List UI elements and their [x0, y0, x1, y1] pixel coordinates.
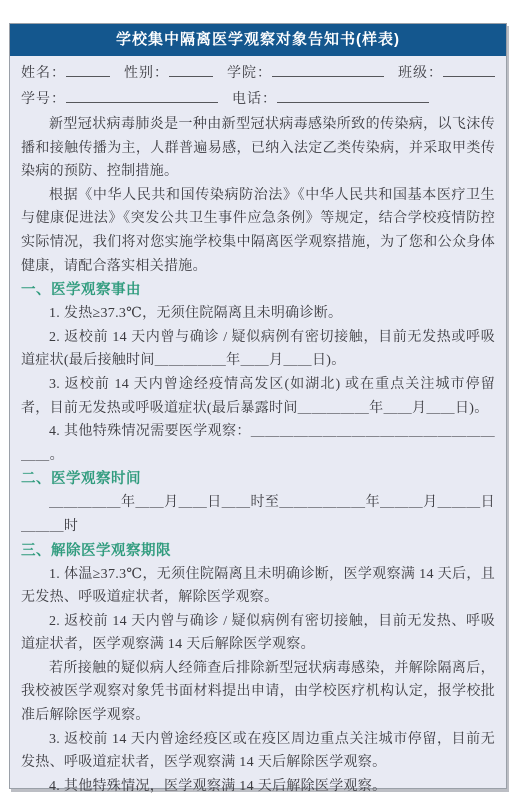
section2-date-line: ＿＿＿＿＿年＿＿月＿＿日＿＿时至＿＿＿＿＿＿年＿＿＿月＿＿＿日＿＿＿时	[21, 491, 495, 538]
section3-item-4: 4. 其他特殊情况，医学观察满 14 天后解除医学观察。	[21, 775, 495, 799]
section1-item-4: 4. 其他特殊情况需要医学观察：＿＿＿＿＿＿＿＿＿＿＿＿＿＿＿＿＿＿＿。	[21, 420, 495, 467]
section1-item-2: 2. 返校前 14 天内曾与确诊 / 疑似病例有密切接触，目前无发热或呼吸道症状…	[21, 326, 495, 373]
field-college: 学院：	[227, 61, 384, 87]
field-phone: 电话：	[232, 87, 429, 113]
section1-item-3: 3. 返校前 14 天内曾途经疫情高发区(如湖北) 或在重点关注城市停留者，目前…	[21, 373, 495, 420]
field-gender-blank	[169, 62, 213, 77]
section3-item-1: 1. 体温≥37.3℃，无须住院隔离且未明确诊断，医学观察满 14 天后，且无发…	[21, 563, 495, 610]
field-phone-blank	[277, 88, 429, 103]
section-heading-release-term: 三、解除医学观察期限	[21, 539, 495, 563]
intro-paragraph-1: 新型冠状病毒肺炎是一种由新型冠状病毒感染所致的传染病，以飞沫传播和接触传播为主，…	[21, 113, 495, 184]
field-student-id-label: 学号：	[21, 87, 66, 113]
field-name-blank	[66, 62, 110, 77]
section3-item-2: 2. 返校前 14 天内曾与确诊 / 疑似病例有密切接触，目前无发热、呼吸道症状…	[21, 610, 495, 657]
field-student-id: 学号：	[21, 87, 218, 113]
form-row-identity: 姓名： 性别： 学院： 班级：	[21, 61, 495, 87]
document-title-bar: 学校集中隔离医学观察对象告知书(样表)	[10, 24, 506, 56]
form-row-contact: 学号： 电话：	[21, 87, 495, 113]
field-college-label: 学院：	[227, 61, 272, 87]
document-body: 姓名： 性别： 学院： 班级： 学号：	[10, 56, 506, 798]
section3-item-3: 3. 返校前 14 天内曾途经疫区或在疫区周边重点关注城市停留，目前无发热、呼吸…	[21, 728, 495, 775]
document-title: 学校集中隔离医学观察对象告知书(样表)	[116, 31, 400, 48]
section-heading-observation-time: 二、医学观察时间	[21, 467, 495, 491]
field-class-label: 班级：	[398, 61, 443, 87]
field-gender: 性别：	[124, 61, 213, 87]
document-page: 学校集中隔离医学观察对象告知书(样表) 姓名： 性别： 学院： 班级：	[0, 0, 516, 800]
field-college-blank	[272, 62, 384, 77]
section3-note-paragraph: 若所接触的疑似病人经筛查后排除新型冠状病毒感染，并解除隔离后，我校被医学观察对象…	[21, 657, 495, 728]
section-heading-observation-reason: 一、医学观察事由	[21, 278, 495, 302]
field-name: 姓名：	[21, 61, 110, 87]
field-name-label: 姓名：	[21, 61, 66, 87]
section1-item-1: 1. 发热≥37.3℃，无须住院隔离且未明确诊断。	[21, 302, 495, 326]
field-student-id-blank	[66, 88, 218, 103]
field-class: 班级：	[398, 61, 495, 87]
intro-paragraph-2: 根据《中华人民共和国传染病防治法》《中华人民共和国基本医疗卫生与健康促进法》《突…	[21, 184, 495, 278]
notice-document: 学校集中隔离医学观察对象告知书(样表) 姓名： 性别： 学院： 班级：	[9, 23, 507, 789]
field-gender-label: 性别：	[124, 61, 169, 87]
field-phone-label: 电话：	[232, 87, 277, 113]
field-class-blank	[443, 62, 495, 77]
